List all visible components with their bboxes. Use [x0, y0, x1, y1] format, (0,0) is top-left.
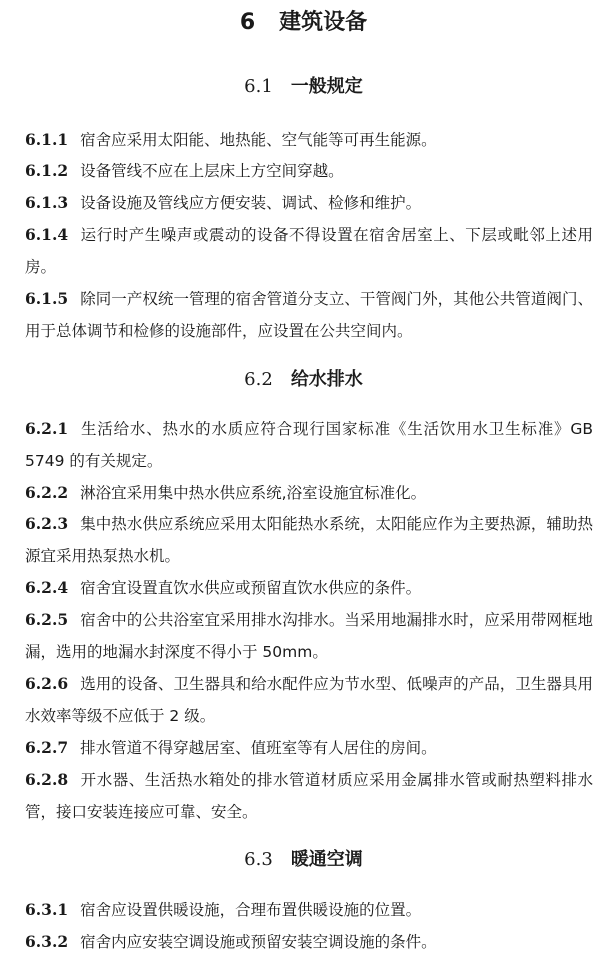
- chapter-number: 6: [240, 10, 255, 35]
- clause-number: 6.2.8: [25, 770, 68, 789]
- clause-text: 设备管线不应在上层床上方空间穿越。: [80, 162, 344, 180]
- clause-text: 宿舍内应安装空调设施或预留安装空调设施的条件。: [80, 933, 437, 951]
- clause-text: 宿舍应设置供暖设施，合理布置供暖设施的位置。: [80, 901, 421, 919]
- clause-6-1-5: 6.1.5除同一产权统一管理的宿舍管道分支立、干管阀门外，其他公共管道阀门、用于…: [25, 283, 593, 347]
- section-number: 6.1: [244, 76, 273, 97]
- clause-6-1-3: 6.1.3设备设施及管线应方便安装、调试、检修和维护。: [25, 187, 593, 219]
- clause-number: 6.1.2: [25, 161, 68, 180]
- clause-6-3-1: 6.3.1宿舍应设置供暖设施，合理布置供暖设施的位置。: [25, 894, 593, 926]
- section-title-text: 一般规定: [291, 76, 363, 97]
- clause-6-2-6: 6.2.6选用的设备、卫生器具和给水配件应为节水型、低噪声的产品，卫生器具用水效…: [25, 668, 593, 732]
- section-number: 6.2: [244, 369, 273, 390]
- clause-6-3-2: 6.3.2宿舍内应安装空调设施或预留安装空调设施的条件。: [25, 926, 593, 958]
- clause-text: 设备设施及管线应方便安装、调试、检修和维护。: [80, 194, 421, 212]
- section-title-text: 暖通空调: [291, 849, 363, 870]
- clause-text: 开水器、生活热水箱处的排水管道材质应采用金属排水管或耐热塑料排水管，接口安装连接…: [25, 771, 593, 821]
- clause-text: 宿舍应采用太阳能、地热能、空气能等可再生能源。: [80, 131, 437, 149]
- clause-6-1-2: 6.1.2设备管线不应在上层床上方空间穿越。: [25, 155, 593, 187]
- clause-number: 6.1.1: [25, 130, 68, 149]
- clause-number: 6.2.4: [25, 578, 68, 597]
- clause-6-2-3: 6.2.3集中热水供应系统应采用太阳能热水系统，太阳能应作为主要热源，辅助热源宜…: [25, 508, 593, 572]
- clause-number: 6.2.6: [25, 674, 68, 693]
- clause-6-2-1: 6.2.1生活给水、热水的水质应符合现行国家标准《生活饮用水卫生标准》GB 57…: [25, 413, 593, 477]
- section-number: 6.3: [244, 849, 273, 870]
- clause-number: 6.2.3: [25, 514, 68, 533]
- clause-number: 6.3.1: [25, 900, 68, 919]
- clause-number: 6.1.4: [25, 225, 68, 244]
- section-title-6-1: 6.1一般规定: [0, 74, 607, 100]
- chapter-title: 6建筑设备: [0, 8, 607, 38]
- clause-number: 6.2.5: [25, 610, 68, 629]
- clause-6-2-8: 6.2.8开水器、生活热水箱处的排水管道材质应采用金属排水管或耐热塑料排水管，接…: [25, 764, 593, 828]
- clause-text: 宿舍宜设置直饮水供应或预留直饮水供应的条件。: [80, 579, 421, 597]
- clause-text: 排水管道不得穿越居室、值班室等有人居住的房间。: [80, 739, 437, 757]
- section-title-6-2: 6.2给水排水: [0, 367, 607, 393]
- clause-6-1-4: 6.1.4运行时产生噪声或震动的设备不得设置在宿舍居室上、下层或毗邻上述用房。: [25, 219, 593, 283]
- clause-number: 6.3.2: [25, 932, 68, 951]
- clause-text: 除同一产权统一管理的宿舍管道分支立、干管阀门外，其他公共管道阀门、用于总体调节和…: [25, 290, 593, 340]
- clause-text: 运行时产生噪声或震动的设备不得设置在宿舍居室上、下层或毗邻上述用房。: [25, 226, 593, 276]
- clause-text: 宿舍中的公共浴室宜采用排水沟排水。当采用地漏排水时，应采用带网框地漏，选用的地漏…: [25, 611, 593, 661]
- clause-6-2-2: 6.2.2淋浴宜采用集中热水供应系统,浴室设施宜标准化。: [25, 477, 593, 509]
- clause-text: 淋浴宜采用集中热水供应系统,浴室设施宜标准化。: [80, 484, 426, 502]
- chapter-title-text: 建筑设备: [279, 10, 367, 35]
- clause-6-2-4: 6.2.4宿舍宜设置直饮水供应或预留直饮水供应的条件。: [25, 572, 593, 604]
- clause-text: 生活给水、热水的水质应符合现行国家标准《生活饮用水卫生标准》GB 5749 的有…: [25, 420, 593, 470]
- clause-text: 选用的设备、卫生器具和给水配件应为节水型、低噪声的产品，卫生器具用水效率等级不应…: [25, 675, 593, 725]
- clause-number: 6.1.3: [25, 193, 68, 212]
- section-title-6-3: 6.3暖通空调: [0, 847, 607, 873]
- clause-6-2-7: 6.2.7排水管道不得穿越居室、值班室等有人居住的房间。: [25, 732, 593, 764]
- clause-6-1-1: 6.1.1宿舍应采用太阳能、地热能、空气能等可再生能源。: [25, 124, 593, 156]
- clause-number: 6.2.7: [25, 738, 68, 757]
- clause-text: 集中热水供应系统应采用太阳能热水系统，太阳能应作为主要热源，辅助热源宜采用热泵热…: [25, 515, 593, 565]
- clause-6-2-5: 6.2.5宿舍中的公共浴室宜采用排水沟排水。当采用地漏排水时，应采用带网框地漏，…: [25, 604, 593, 668]
- section-title-text: 给水排水: [291, 369, 363, 390]
- clause-number: 6.1.5: [25, 289, 68, 308]
- clause-number: 6.2.1: [25, 419, 68, 438]
- clause-number: 6.2.2: [25, 483, 68, 502]
